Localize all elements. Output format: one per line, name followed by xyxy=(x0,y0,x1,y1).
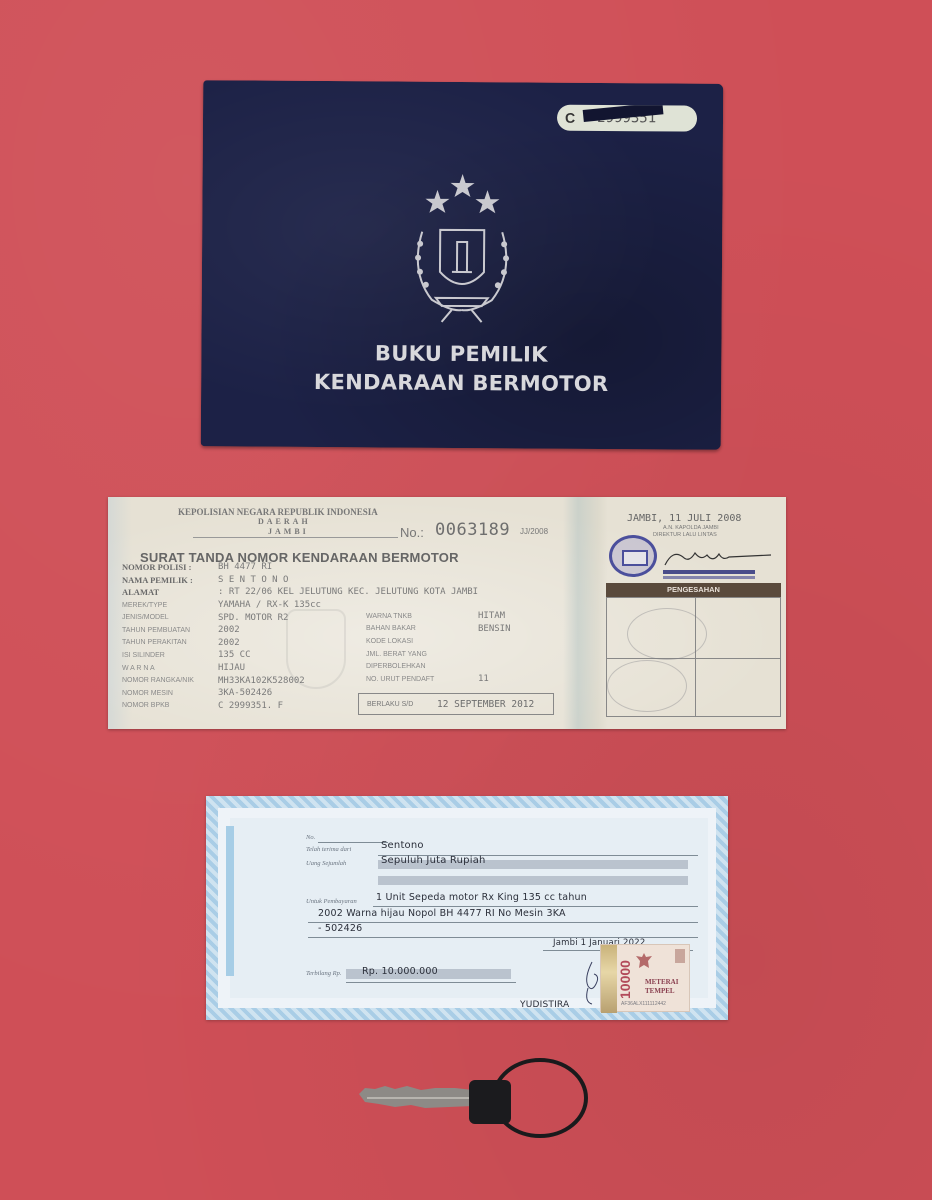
stnk-field-label: NOMOR RANGKA/NIK xyxy=(122,677,218,684)
receipt-no-label: No. xyxy=(306,834,315,841)
stnk-card: KEPOLISIAN NEGARA REPUBLIK INDONESIA DAE… xyxy=(108,497,786,729)
pengesahan-header: PENGESAHAN xyxy=(606,583,781,597)
receipt-amount-words-label: Uang Sejumlah xyxy=(306,860,346,867)
bpkb-title-line1: BUKU PEMILIK xyxy=(201,338,721,371)
receipt-purpose-line2: 2002 Warna hijau Nopol BH 4477 RI No Mes… xyxy=(318,908,566,919)
stnk-field-value: SPD. MOTOR R2 xyxy=(218,613,288,623)
official-stamp-icon xyxy=(609,535,657,577)
stnk-field-label: TAHUN PERAKITAN xyxy=(122,639,218,646)
berlaku-value: 12 SEPTEMBER 2012 xyxy=(437,699,534,710)
receipt-amount-label: Terbilang Rp. xyxy=(306,970,342,977)
stnk-field-label: NOMOR MESIN xyxy=(122,690,218,697)
stnk-field-value: BH 4477 RI xyxy=(218,562,272,572)
garuda-emblem-icon xyxy=(635,951,653,971)
receipt-signer: YUDISTIRA xyxy=(520,1000,569,1010)
stnk-field-label: TAHUN PEMBUATAN xyxy=(122,627,218,634)
receipt-purpose-line3: - 502426 xyxy=(318,923,362,934)
receipt-from-value: Sentono xyxy=(381,840,424,851)
hologram-strip xyxy=(601,945,617,1013)
stnk-right-field-label: WARNA TNKB xyxy=(366,613,478,620)
stnk-kota: JAMBI xyxy=(268,527,309,536)
stnk-field-label: MEREK/TYPE xyxy=(122,602,218,609)
stamp-serial: AF36ALX111112442 xyxy=(621,1001,666,1007)
stnk-right-field-row: KODE LOKASI xyxy=(366,635,511,648)
stnk-right-field-label: DIPERBOLEHKAN xyxy=(366,663,478,670)
stnk-field-label: W A R N A xyxy=(122,665,218,672)
stnk-field-row: ALAMAT: RT 22/06 KEL JELUTUNG KEC. JELUT… xyxy=(122,586,478,599)
police-emblem-icon xyxy=(392,172,533,333)
signature-icon xyxy=(663,545,773,569)
receipt-amount-value: Rp. 10.000.000 xyxy=(362,966,438,977)
stnk-field-value: S E N T O N O xyxy=(218,575,288,585)
bpkb-tab-prefix: C xyxy=(565,110,575,126)
berlaku-label: BERLAKU S/D xyxy=(367,701,437,708)
stamp-value: 10000 xyxy=(617,960,633,999)
issuer-an: A.N. KAPOLDA JAMBI xyxy=(663,525,719,531)
stnk-field-row: NAMA PEMILIK :S E N T O N O xyxy=(122,574,478,587)
stnk-field-value: YAMAHA / RX-K 135cc xyxy=(218,600,321,610)
stamp-mark-icon xyxy=(627,608,707,660)
stnk-org: KEPOLISIAN NEGARA REPUBLIK INDONESIA xyxy=(178,507,378,517)
stnk-no-suffix: JJ/2008 xyxy=(520,527,548,536)
stnk-field-value: 2002 xyxy=(218,638,240,648)
issuer-director: DIREKTUR LALU LINTAS xyxy=(653,532,717,538)
stnk-field-row: NOMOR POLISI :BH 4477 RI xyxy=(122,561,478,574)
stnk-field-label: NOMOR POLISI : xyxy=(122,562,218,572)
receipt-amount-words-value: Sepuluh Juta Rupiah xyxy=(381,855,486,866)
stnk-daerah: DAERAH xyxy=(258,517,311,526)
pengesahan-grid xyxy=(606,597,781,717)
issue-date: JAMBI, 11 JULI 2008 xyxy=(627,513,741,524)
receipt-from-label: Telah terima dari xyxy=(306,846,351,853)
stnk-right-field-row: NO. URUT PENDAFT11 xyxy=(366,673,511,686)
bpkb-book: C 2999351 BUKU PEMILIK KENDARAAN BERMOTO… xyxy=(201,80,724,450)
stnk-field-label: JENIS/MODEL xyxy=(122,614,218,621)
stnk-right-field-label: KODE LOKASI xyxy=(366,638,478,645)
stnk-no-value: 0063189 xyxy=(435,520,510,540)
bpkb-title-line2: KENDARAAN BERMOTOR xyxy=(201,367,721,400)
stnk-right-field-value: 11 xyxy=(478,674,489,684)
stamp-line1: METERAI xyxy=(645,978,678,986)
stnk-field-value: 135 CC xyxy=(218,650,251,660)
stnk-right-field-row: BAHAN BAKARBENSIN xyxy=(366,623,511,636)
stnk-right-field-row: DIPERBOLEHKAN xyxy=(366,660,511,673)
stnk-right-field-row: JML. BERAT YANG xyxy=(366,648,511,661)
stnk-right-field-label: JML. BERAT YANG xyxy=(366,651,478,658)
stnk-right-field-value: BENSIN xyxy=(478,624,511,634)
revenue-stamp: 10000 METERAI TEMPEL AF36ALX111112442 xyxy=(600,944,690,1012)
stnk-field-value: MH33KA102K528002 xyxy=(218,676,305,686)
stnk-field-value: 3KA-502426 xyxy=(218,688,272,698)
stnk-field-value: 2002 xyxy=(218,625,240,635)
stnk-field-label: ALAMAT xyxy=(122,587,218,597)
stnk-field-value: HIJAU xyxy=(218,663,245,673)
stnk-right-field-label: NO. URUT PENDAFT xyxy=(366,676,478,683)
stnk-field-label: ISI SILINDER xyxy=(122,652,218,659)
stamp-line2: TEMPEL xyxy=(645,987,675,995)
stnk-right-fields: WARNA TNKBHITAMBAHAN BAKARBENSINKODE LOK… xyxy=(366,610,511,686)
stnk-no-label: No.: xyxy=(400,525,424,540)
bpkb-number-tab: C 2999351 xyxy=(557,105,697,132)
stamp-corner-mark xyxy=(675,949,685,963)
stnk-right-field-value: HITAM xyxy=(478,611,505,621)
stnk-right-field-row: WARNA TNKBHITAM xyxy=(366,610,511,623)
bpkb-title: BUKU PEMILIK KENDARAAN BERMOTOR xyxy=(201,338,721,400)
receipt: No. Telah terima dari Sentono Uang Sejum… xyxy=(206,796,728,1020)
stnk-authorization-panel: JAMBI, 11 JULI 2008 A.N. KAPOLDA JAMBI D… xyxy=(603,497,786,729)
signatory-nrp-bar xyxy=(663,576,755,579)
stnk-validity-box: BERLAKU S/D 12 SEPTEMBER 2012 xyxy=(358,693,554,715)
stnk-field-label: NOMOR BPKB xyxy=(122,702,218,709)
header-divider xyxy=(193,537,398,538)
stnk-right-field-label: BAHAN BAKAR xyxy=(366,625,478,632)
stnk-field-value: : RT 22/06 KEL JELUTUNG KEC. JELUTUNG KO… xyxy=(218,587,478,597)
receipt-purpose-line1: 1 Unit Sepeda motor Rx King 135 cc tahun xyxy=(376,892,587,903)
stnk-field-label: NAMA PEMILIK : xyxy=(122,575,218,585)
stnk-field-value: C 2999351. F xyxy=(218,701,283,711)
motorcycle-key-icon xyxy=(355,1058,595,1138)
signatory-name-bar xyxy=(663,570,755,574)
stamp-mark-icon xyxy=(607,660,687,712)
receipt-purpose-label: Untuk Pembayaran xyxy=(306,898,357,905)
receipt-stub-bar xyxy=(226,826,234,976)
